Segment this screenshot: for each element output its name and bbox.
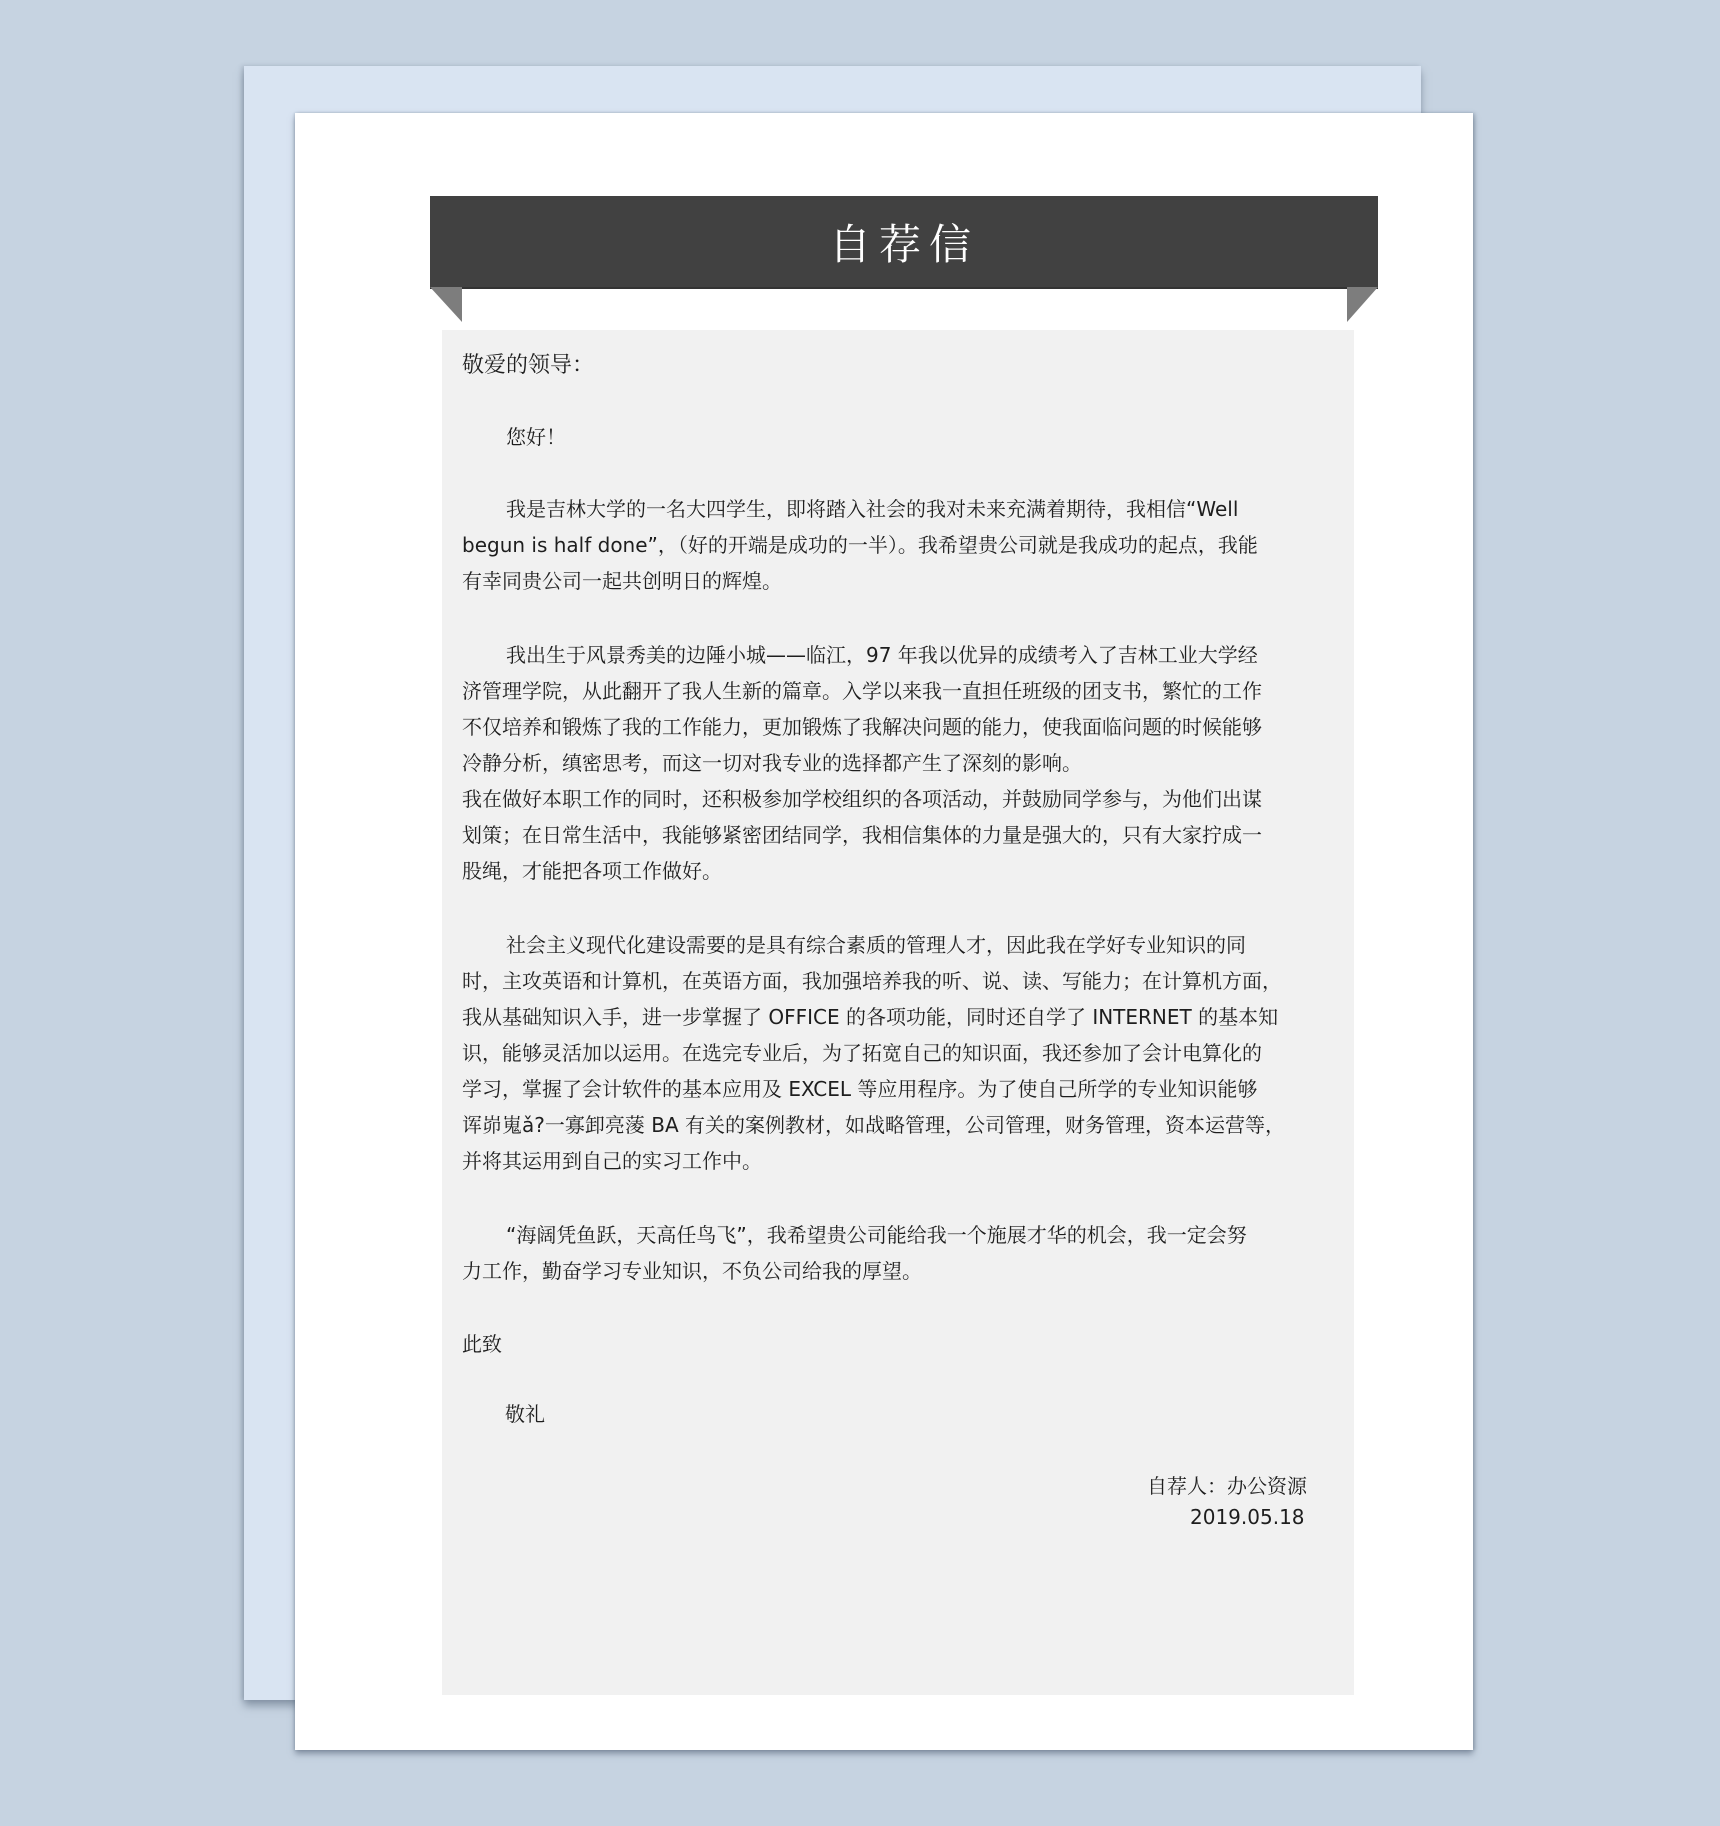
paragraph-line: 冷静分析，缜密思考，而这一切对我专业的选择都产生了深刻的影响。 bbox=[462, 745, 1332, 781]
closing: 此致 bbox=[462, 1328, 502, 1357]
paragraph-line: “海阔凭鱼跃，天高任鸟飞”，我希望贵公司能给我一个施展才华的机会，我一定会努 bbox=[462, 1217, 1332, 1253]
paragraph-line: 我出生于风景秀美的边陲小城——临江，97 年我以优异的成绩考入了吉林工业大学经 bbox=[462, 637, 1332, 673]
regards: 敬礼 bbox=[505, 1398, 545, 1427]
paragraph-line: 识，能够灵活加以运用。在选完专业后，为了拓宽自己的知识面，我还参加了会计电算化的 bbox=[462, 1035, 1332, 1071]
paragraph-line: begun is half done”，（好的开端是成功的一半）。我希望贵公司就… bbox=[462, 527, 1332, 563]
paragraph-line: 济管理学院，从此翻开了我人生新的篇章。入学以来我一直担任班级的团支书，繁忙的工作 bbox=[462, 673, 1332, 709]
paragraph-line: 诨峁嵬ǎ?一寡卸亮蔆 BA 有关的案例教材，如战略管理，公司管理，财务管理，资本… bbox=[462, 1107, 1332, 1143]
signature: 自荐人：办公资源 bbox=[1147, 1470, 1307, 1499]
paragraph-line: 划策；在日常生活中，我能够紧密团结同学，我相信集体的力量是强大的，只有大家拧成一 bbox=[462, 817, 1332, 853]
paragraph-3: 我在做好本职工作的同时，还积极参加学校组织的各项活动，并鼓励同学参与，为他们出谋… bbox=[462, 781, 1332, 889]
paragraph-line: 股绳，才能把各项工作做好。 bbox=[462, 853, 1332, 889]
paragraph-line: 我从基础知识入手，进一步掌握了 OFFICE 的各项功能，同时还自学了 INTE… bbox=[462, 999, 1332, 1035]
paragraph-5: “海阔凭鱼跃，天高任鸟飞”，我希望贵公司能给我一个施展才华的机会，我一定会努 力… bbox=[462, 1217, 1332, 1289]
paragraph-line: 社会主义现代化建设需要的是具有综合素质的管理人才，因此我在学好专业知识的同 bbox=[462, 927, 1332, 963]
paragraph-4: 社会主义现代化建设需要的是具有综合素质的管理人才，因此我在学好专业知识的同 时，… bbox=[462, 927, 1332, 1179]
greeting: 您好！ bbox=[506, 421, 566, 450]
banner-fold-left-icon bbox=[430, 287, 463, 323]
paragraph-line: 有幸同贵公司一起共创明日的辉煌。 bbox=[462, 563, 1332, 599]
salutation: 敬爱的领导： bbox=[462, 348, 594, 379]
date: 2019.05.18 bbox=[1190, 1505, 1305, 1529]
page-title: 自荐信 bbox=[829, 212, 979, 272]
paragraph-2: 我出生于风景秀美的边陲小城——临江，97 年我以优异的成绩考入了吉林工业大学经 … bbox=[462, 637, 1332, 781]
paragraph-line: 我是吉林大学的一名大四学生，即将踏入社会的我对未来充满着期待，我相信“Well bbox=[462, 491, 1332, 527]
banner-fold-right-icon bbox=[1347, 287, 1379, 323]
paragraph-line: 不仅培养和锻炼了我的工作能力，更加锻炼了我解决问题的能力，使我面临问题的时候能够 bbox=[462, 709, 1332, 745]
paragraph-line: 时，主攻英语和计算机，在英语方面，我加强培养我的听、说、读、写能力；在计算机方面… bbox=[462, 963, 1332, 999]
paragraph-line: 力工作，勤奋学习专业知识，不负公司给我的厚望。 bbox=[462, 1253, 1332, 1289]
paragraph-line: 学习，掌握了会计软件的基本应用及 EXCEL 等应用程序。为了使自己所学的专业知… bbox=[462, 1071, 1332, 1107]
title-banner: 自荐信 bbox=[430, 196, 1378, 289]
paragraph-1: 我是吉林大学的一名大四学生，即将踏入社会的我对未来充满着期待，我相信“Well … bbox=[462, 491, 1332, 599]
paragraph-line: 并将其运用到自己的实习工作中。 bbox=[462, 1143, 1332, 1179]
paragraph-line: 我在做好本职工作的同时，还积极参加学校组织的各项活动，并鼓励同学参与，为他们出谋 bbox=[462, 781, 1332, 817]
